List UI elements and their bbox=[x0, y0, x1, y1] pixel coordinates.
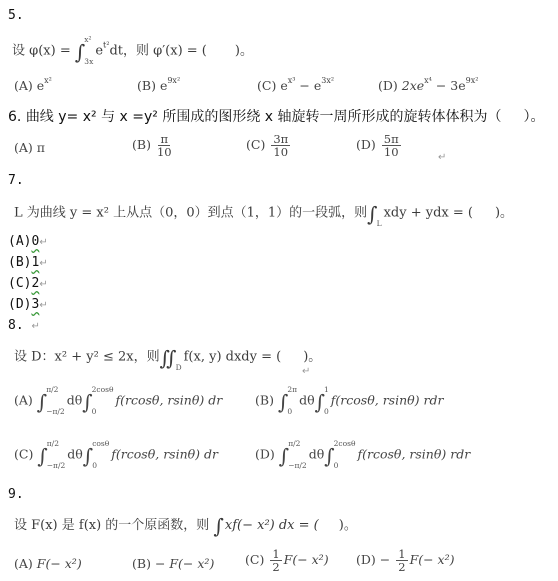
stem-text: 设 D：x² + y² ≤ 2x，则 bbox=[14, 350, 160, 365]
paragraph-return-icon: ↵ bbox=[438, 152, 446, 163]
integrand: f(x, y) dxdy = ( bbox=[184, 350, 282, 365]
question-6-stem: 6. 曲线 y= x² 与 x =y² 所围成的图形绕 x 轴旋转一周所形成的旋… bbox=[8, 106, 545, 126]
question-7-option-d[interactable]: (D)3↵ bbox=[8, 297, 48, 312]
question-8-stem: 设 D：x² + y² ≤ 2x，则∬Df(x, y) dxdy = ()。 bbox=[14, 342, 321, 372]
stem-text: 曲线 y= x² 与 x =y² 所围成的图形绕 x 轴旋转一周所形成的旋转体体… bbox=[26, 109, 502, 125]
stem-suffix: ）。 bbox=[524, 109, 545, 125]
question-5-number: 5. bbox=[8, 8, 24, 23]
integrand: xf(− x²) dx = ( bbox=[225, 518, 319, 533]
lower-limit: L bbox=[377, 220, 382, 228]
question-5-stem: 设 φ(x) = ∫x²3xet²dt，则 φ′(x) = ()。 bbox=[12, 36, 253, 66]
integral-limits: x²3x bbox=[84, 36, 93, 66]
question-5-option-a[interactable]: (A) ex² bbox=[14, 76, 52, 93]
question-7-option-b[interactable]: (B)1↵ bbox=[8, 255, 48, 270]
stem-suffix: )。 bbox=[495, 206, 513, 221]
stem-text: 设 F(x) 是 f(x) 的一个原函数，则 bbox=[14, 518, 209, 533]
stem-suffix: )。 bbox=[339, 518, 357, 533]
question-8-option-d[interactable]: (D) ∫π/2−π/2dθ∫2cosθ0f(rcosθ, rsinθ) rdr bbox=[255, 440, 470, 470]
integrand: e bbox=[95, 44, 103, 59]
integral-limits: L bbox=[377, 198, 382, 228]
question-9-stem: 设 F(x) 是 f(x) 的一个原函数，则 ∫xf(− x²) dx = ()… bbox=[14, 514, 357, 538]
question-7-stem: L 为曲线 y = x² 上从点（0，0）到点（1，1）的一段弧，则∫Lxdy … bbox=[14, 198, 513, 228]
question-6-option-b[interactable]: (B) π10 bbox=[132, 133, 174, 158]
question-9-option-a[interactable]: (A) F(− x²) bbox=[14, 556, 82, 571]
question-7-option-c[interactable]: (C)2↵ bbox=[8, 276, 48, 291]
double-integral-sign-icon: ∬ bbox=[160, 346, 177, 370]
stem-prefix: 设 φ(x) = bbox=[12, 44, 75, 59]
question-9-number: 9. bbox=[8, 487, 24, 502]
question-9-option-c[interactable]: (C) 12F(− x²) bbox=[245, 548, 329, 573]
paragraph-return-icon: ↵ bbox=[302, 366, 310, 377]
question-6-option-c[interactable]: (C) 3π10 bbox=[246, 133, 292, 158]
question-5-option-c[interactable]: (C) ex³ − e3x² bbox=[257, 76, 334, 93]
integral-sign-icon: ∫ bbox=[213, 514, 223, 538]
question-6-number: 6. bbox=[8, 109, 21, 125]
integral-limits: D bbox=[176, 342, 182, 372]
upper-limit: x² bbox=[84, 36, 93, 44]
lower-limit: 3x bbox=[84, 58, 93, 66]
question-6-option-d[interactable]: (D) 5π10 bbox=[356, 133, 403, 158]
question-7-number: 7. bbox=[8, 173, 24, 188]
stem-suffix: )。 bbox=[235, 44, 253, 59]
question-8-option-b[interactable]: (B) ∫2π0dθ∫10f(rcosθ, rsinθ) rdr bbox=[255, 386, 443, 416]
question-8-option-a[interactable]: (A) ∫π/2−π/2dθ∫2cosθ0f(rcosθ, rsinθ) dr bbox=[14, 386, 222, 416]
question-9-option-b[interactable]: (B) − F(− x²) bbox=[132, 556, 214, 571]
stem-suffix: )。 bbox=[303, 350, 321, 365]
stem-mid: dt，则 φ′(x) = ( bbox=[109, 44, 206, 59]
question-7-option-a[interactable]: (A)0↵ bbox=[8, 234, 48, 249]
question-9-option-d[interactable]: (D) − 12F(− x²) bbox=[356, 548, 455, 573]
lower-limit: D bbox=[176, 364, 182, 372]
question-8-option-c[interactable]: (C) ∫π/2−π/2dθ∫cosθ0f(rcosθ, rsinθ) dr bbox=[14, 440, 218, 470]
question-6-option-a[interactable]: (A) π bbox=[14, 140, 45, 155]
question-5-option-d[interactable]: (D) 2xex⁴ − 3e9x² bbox=[378, 76, 478, 93]
integrand: xdy + ydx = ( bbox=[384, 206, 473, 221]
question-5-option-b[interactable]: (B) e9x² bbox=[137, 76, 180, 93]
question-8-number: 8. ↵ bbox=[8, 318, 40, 333]
stem-text: L 为曲线 y = x² 上从点（0，0）到点（1，1）的一段弧，则 bbox=[14, 206, 367, 221]
